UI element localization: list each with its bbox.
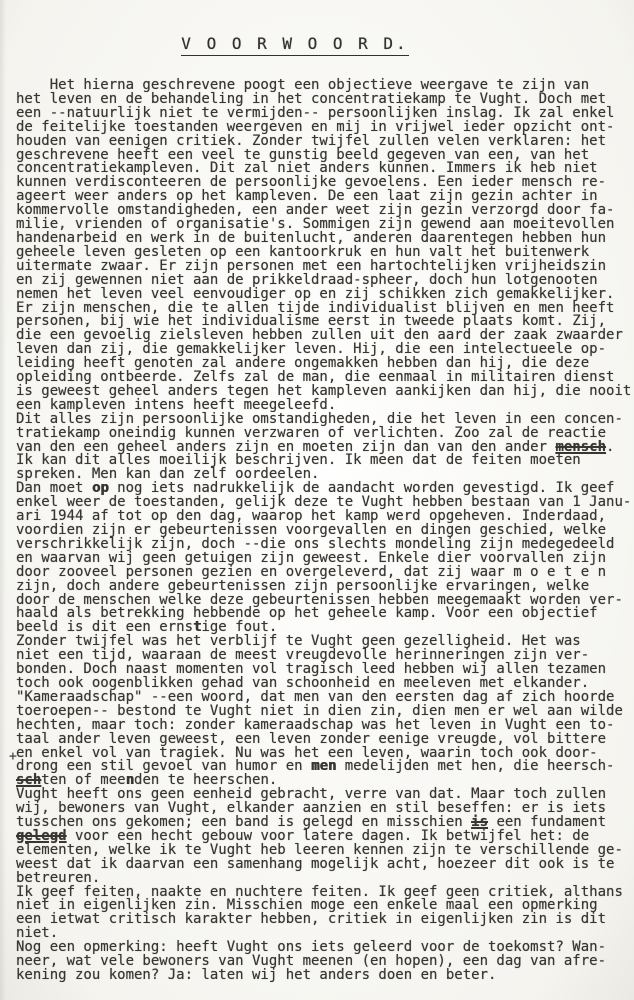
document-page: V O O R W O O R D. + Het hierna geschrev… bbox=[0, 0, 634, 1000]
text-line: weest dat ik daarvan een samenhang mogel… bbox=[16, 858, 632, 872]
text-line: kening zou komen? Ja: laten wij het ande… bbox=[16, 969, 632, 983]
page-title-text: V O O R W O O R D. bbox=[181, 34, 408, 56]
scan-edge-shadow bbox=[0, 0, 6, 1000]
document-body: Het hierna geschrevene poogt een objecti… bbox=[16, 79, 632, 983]
text-line: een ietwat critisch karakter hebben, cri… bbox=[16, 913, 632, 927]
page-title: V O O R W O O R D. bbox=[179, 0, 410, 54]
